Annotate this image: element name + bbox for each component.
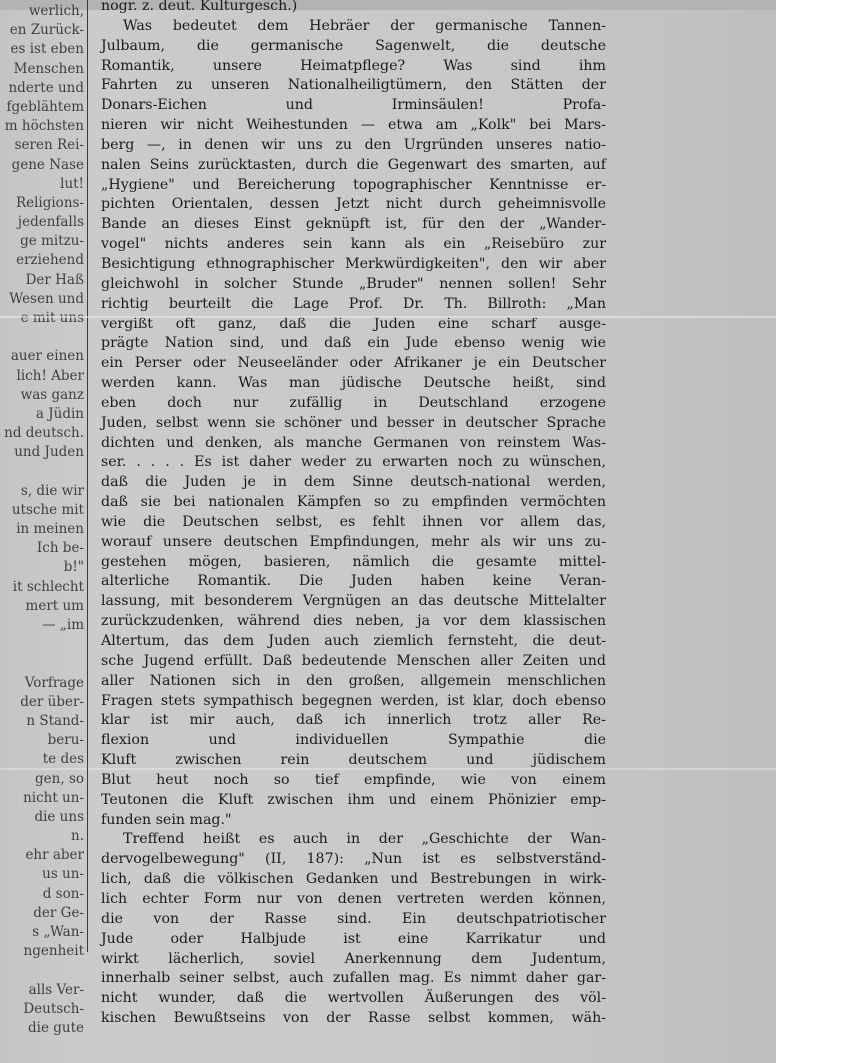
article-line: Altertum, das dem Juden auch ziemlich fe… [101, 632, 606, 652]
left-column-line: werlich, [0, 2, 84, 21]
left-column-line: ngenheit [0, 942, 84, 961]
left-column-line: und Juden [0, 443, 84, 462]
article-line: Jude oder Halbjude ist eine Karrikatur u… [101, 930, 606, 950]
left-column-line: Deutsch- [0, 1000, 84, 1019]
left-column-line: Wesen und [0, 290, 84, 309]
article-line: berg —, in denen wir uns zu den Urgründe… [101, 136, 606, 156]
article-line: alterliche Romantik. Die Juden haben kei… [101, 572, 606, 592]
left-column-line: lich! Aber [0, 367, 84, 386]
left-column-line: nd deutsch. [0, 424, 84, 443]
article-line: ser. . . . . Es ist daher weder zu erwar… [101, 453, 606, 473]
article-line: daß die Juden je in dem Sinne deutsch-na… [101, 473, 606, 493]
left-column-line: nicht un- [0, 789, 84, 808]
left-column-line: s „Wan- [0, 923, 84, 942]
left-column-line: e mit uns [0, 309, 84, 328]
article-line: nicht wunder, daß die wertvollen Äußerun… [101, 989, 606, 1009]
article-line: lich echter Form nur von denen vertreten… [101, 890, 606, 910]
left-column-line: n Stand- [0, 712, 84, 731]
left-column-line: en Zurück- [0, 21, 84, 40]
article-line: Kluft zwischen rein deutschem und jüdisc… [101, 751, 606, 771]
left-column-line: te des [0, 750, 84, 769]
newspaper-page: werlich,en Zurück-es ist ebenMenschennde… [0, 0, 776, 1063]
left-column-line: Menschen [0, 60, 84, 79]
article-line: zurückzudenken, während dies neben, ja v… [101, 612, 606, 632]
left-column-line: Der Haß [0, 271, 84, 290]
left-column-line: m höchsten [0, 117, 84, 136]
article-line: Juden, selbst wenn sie schöner und besse… [101, 414, 606, 434]
article-line: Fragen stets sympathisch begegnen werden… [101, 692, 606, 712]
article-line: eben doch nur zufällig in Deutschland er… [101, 394, 606, 414]
left-column-line: die uns [0, 808, 84, 827]
article-line: Julbaum, die germanische Sagenwelt, die … [101, 37, 606, 57]
left-column-line: gene Nase [0, 156, 84, 175]
article-line: Donars-Eichen und Irminsäulen! Profa- [101, 96, 606, 116]
left-column-line: der Ge- [0, 904, 84, 923]
left-column-line: der über- [0, 693, 84, 712]
article-line: wie die Deutschen selbst, es fehlt ihnen… [101, 513, 606, 533]
article-line: Besichtigung ethnographischer Merkwürdig… [101, 255, 606, 275]
left-column-line [0, 654, 84, 673]
left-column-line: nderte und [0, 79, 84, 98]
left-column-line: Religions- [0, 194, 84, 213]
article-line: Romantik, unsere Heimatpflege? Was sind … [101, 57, 606, 77]
left-column-line: b!" [0, 558, 84, 577]
article-line: sche Jugend erfüllt. Daß bedeutende Mens… [101, 652, 606, 672]
article-line: ein Perser oder Neuseeländer oder Afrika… [101, 354, 606, 374]
left-column-line: die gute [0, 1019, 84, 1038]
article-line: nieren wir nicht Weihestunden — etwa am … [101, 116, 606, 136]
article-line: daß sie bei nationalen Kämpfen so zu emp… [101, 493, 606, 513]
article-line: kischen Bewußtseins von der Rasse selbst… [101, 1009, 606, 1029]
article-line: „Hygiene" und Bereicherung topographisch… [101, 176, 606, 196]
left-column-line: ge mitzu- [0, 232, 84, 251]
left-column-line: was ganz [0, 386, 84, 405]
article-line: aller Nationen sich in den großen, allge… [101, 672, 606, 692]
article-line: Bande an dieses Einst geknüpft ist, für … [101, 215, 606, 235]
article-line: vergißt oft ganz, daß die Juden eine sch… [101, 315, 606, 335]
left-column-line: es ist eben [0, 40, 84, 59]
left-column-line: d son- [0, 885, 84, 904]
left-column-line: Ich be- [0, 539, 84, 558]
article-line: Was bedeutet dem Hebräer der germanische… [101, 17, 606, 37]
left-column-line: — „im [0, 616, 84, 635]
article-line: Blut heut noch so tief empfinde, wie von… [101, 771, 606, 791]
left-column-line: it schlecht [0, 578, 84, 597]
left-column-line: jedenfalls [0, 213, 84, 232]
left-column-line: beru- [0, 731, 84, 750]
article-line: dichten und denken, als manche Germanen … [101, 434, 606, 454]
left-column-fragment: werlich,en Zurück-es ist ebenMenschennde… [0, 2, 84, 1038]
left-column-line: seren Rei- [0, 136, 84, 155]
article-line: dervogelbewegung" (II, 187): „Nun ist es… [101, 850, 606, 870]
article-line: worauf unsere deutschen Empfindungen, me… [101, 533, 606, 553]
left-column-line: in meinen [0, 520, 84, 539]
left-column-line: us un- [0, 865, 84, 884]
article-line: vogel" nichts anderes sein kann als ein … [101, 235, 606, 255]
left-column-line [0, 635, 84, 654]
left-column-line: mert um [0, 597, 84, 616]
left-column-line: s, die wir [0, 482, 84, 501]
citation-line: nogr. z. deut. Kulturgesch.) [101, 0, 606, 17]
article-line: lassung, mit besonderem Vergnügen an das… [101, 592, 606, 612]
left-column-line: alls Ver- [0, 981, 84, 1000]
article-line: pichten Orientalen, dessen Jetzt nicht d… [101, 195, 606, 215]
article-line: klar ist mir auch, daß ich innerlich tro… [101, 711, 606, 731]
left-column-line [0, 961, 84, 980]
article-line: werden kann. Was man jüdische Deutsche h… [101, 374, 606, 394]
article-line: prägte Nation sind, und daß ein Jude ebe… [101, 334, 606, 354]
article-line: Fahrten zu unseren Nationalheiligtümern,… [101, 76, 606, 96]
article-line: gestehen mögen, basieren, nämlich die ge… [101, 553, 606, 573]
left-column-line: erziehend [0, 251, 84, 270]
article-line: die von der Rasse sind. Ein deutschpatri… [101, 910, 606, 930]
article-line: lich, daß die völkischen Gedanken und Be… [101, 870, 606, 890]
article-line: wirkt lächerlich, soviel Anerkennung dem… [101, 950, 606, 970]
article-line: flexion und individuellen Sympathie die [101, 731, 606, 751]
left-column-line: lut! [0, 175, 84, 194]
left-column-line: Vorfrage [0, 674, 84, 693]
left-column-line: auer einen [0, 347, 84, 366]
left-column-line: a Jüdin [0, 405, 84, 424]
left-column-line: ehr aber [0, 846, 84, 865]
article-line: richtig beurteilt die Lage Prof. Dr. Th.… [101, 295, 606, 315]
article-line: innerhalb seiner selbst, auch zufallen m… [101, 969, 606, 989]
left-column-line [0, 328, 84, 347]
article-line: gleichwohl in solcher Stunde „Bruder" ne… [101, 275, 606, 295]
left-column-line: fgeblähtem [0, 98, 84, 117]
left-column-line [0, 463, 84, 482]
article-line: Treffend heißt es auch in der „Geschicht… [101, 830, 606, 850]
article-line: funden sein mag." [101, 811, 606, 831]
article-line: nalen Seins zurücktasten, durch die Gege… [101, 156, 606, 176]
main-article-column: nogr. z. deut. Kulturgesch.)Was bedeutet… [101, 0, 606, 1029]
article-line: Teutonen die Kluft zwischen ihm und eine… [101, 791, 606, 811]
left-column-line: n. [0, 827, 84, 846]
left-column-line: gen, so [0, 770, 84, 789]
left-column-line: utsche mit [0, 501, 84, 520]
column-divider-rule [87, 0, 88, 952]
